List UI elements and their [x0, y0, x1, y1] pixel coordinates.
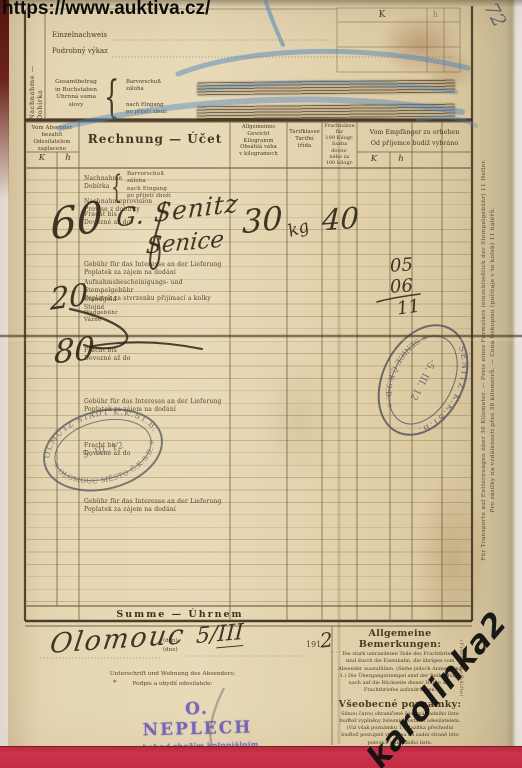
nachnahme-side-label: Nachnahme — Dobírka: [28, 34, 44, 120]
row-label-fracht-bis: Fracht bisDovozné až do: [84, 347, 229, 363]
handwritten-fee-2: 80: [53, 329, 95, 372]
handwritten-fee-1: 20: [50, 277, 88, 318]
remarks-title-de: Allgemeine Bemerkungen:: [336, 628, 464, 650]
row-label-barvorschuss: Barvorschußzáloha: [127, 171, 272, 186]
col-tarif-header: Tarifklasse Tarifní třída: [288, 129, 321, 150]
total-amount-label: Gesamtbetrag in Buchstaben Úhrnná suma s…: [46, 79, 106, 109]
auction-site-url: https://www.auktiva.cz/: [2, 0, 210, 21]
header-line: bezahlt: [26, 132, 78, 139]
podrobny-vykaz-label: Podrobný výkaz: [52, 47, 108, 55]
empfaenger-h-header: h: [390, 154, 412, 165]
col-h-header: h: [58, 153, 78, 164]
header-line: 100 kilogr.: [323, 160, 356, 166]
handwritten-year-digit: 2: [319, 627, 334, 652]
header-line: Sazba dovoz-: [323, 141, 356, 153]
scanned-freight-document: Nachnahme — Dobírka Einzelnachweis Podro…: [0, 0, 522, 768]
brace-glyph: {: [104, 72, 119, 123]
total-line: in Buchstaben: [46, 87, 106, 95]
printed-hatch-bar: [197, 104, 455, 120]
summe-row-label: Summe — Úhrnem: [100, 609, 260, 620]
printed-hatch-bar: [197, 80, 455, 96]
total-line: Úhrnná suma: [46, 94, 106, 102]
handwritten-weight: 30: [242, 199, 282, 241]
header-line: Tarifní: [288, 136, 321, 143]
label-cs: po přijetí zboží: [126, 109, 194, 116]
total-line: Gesamtbetrag: [46, 79, 106, 87]
col-empfaenger-header: Vom Empfänger zu erheben Od příjemce bud…: [358, 127, 471, 149]
einzelnachweis-label: Einzelnachweis: [52, 31, 107, 39]
header-line: Allgemeines: [231, 124, 286, 131]
col-absender-header: Vom Absender bezahlt Odesilatelem zaplac…: [26, 125, 78, 153]
handwritten-charge-1: 05: [389, 254, 413, 277]
stamp-date: -5. III. 12: [408, 357, 438, 402]
header-line: Obsáhlá váha: [231, 144, 286, 151]
row-label-waggebuehr: WaggebührVážné: [84, 310, 229, 325]
header-line: Vom Absender: [26, 125, 78, 132]
col-k-header: K: [28, 153, 56, 164]
header-line: zaplaceno: [26, 146, 78, 153]
handwritten-rate: 40: [321, 201, 359, 238]
left-maroon-stripe: [0, 0, 9, 200]
header-line: Vom Empfänger zu erheben: [358, 127, 471, 138]
stamp-company-name: O. NEPLECH: [129, 697, 265, 741]
stamp-date: 5. III. 12: [82, 440, 125, 461]
handwritten-date: 5/III: [195, 620, 244, 649]
header-line: Odesilatelem: [26, 139, 78, 146]
barvorschuss-label: Barvorschuß záloha: [126, 79, 194, 94]
date-month: III: [217, 620, 244, 648]
handwritten-paid-amount: 60: [50, 191, 104, 250]
col-frachtsaetze-header: Frachtsätze für 100 Kilogr. Sazba dovoz-…: [323, 123, 356, 166]
header-line: v kilogramech: [231, 151, 286, 158]
row-label-interesse: Gebühr für das Interesse an der Lieferun…: [84, 261, 229, 277]
total-line: slovy: [46, 102, 106, 110]
header-line: třída: [288, 143, 321, 150]
signature-label-de: Unterschrift und Wohnung des Absenders;: [105, 670, 240, 680]
mini-table-k-header: K: [337, 10, 427, 20]
nach-eingang-label: nach Eingang po přijetí zboží: [126, 102, 194, 117]
col-gewicht-header: Allgemeines Gewicht Kilogramm Obsáhlá vá…: [231, 124, 286, 158]
empfaenger-k-header: K: [358, 154, 390, 165]
printed-year-prefix: 191: [306, 640, 321, 649]
header-line: Gewicht: [231, 131, 286, 138]
header-line: Tarifklasse: [288, 129, 321, 136]
signature-label-cs: Podpis a obydlí odesilatele:: [105, 680, 240, 690]
header-line: Od příjemce budiž vybráno: [358, 138, 471, 149]
signature-label: Unterschrift und Wohnung des Absenders; …: [105, 670, 240, 690]
col-rechnung-header: Rechnung — Účet: [80, 132, 230, 148]
date-day: 5/: [195, 622, 218, 649]
mini-table-h-header: h: [427, 10, 444, 19]
red-band: [0, 746, 522, 768]
label-cs: záloha: [126, 86, 194, 93]
